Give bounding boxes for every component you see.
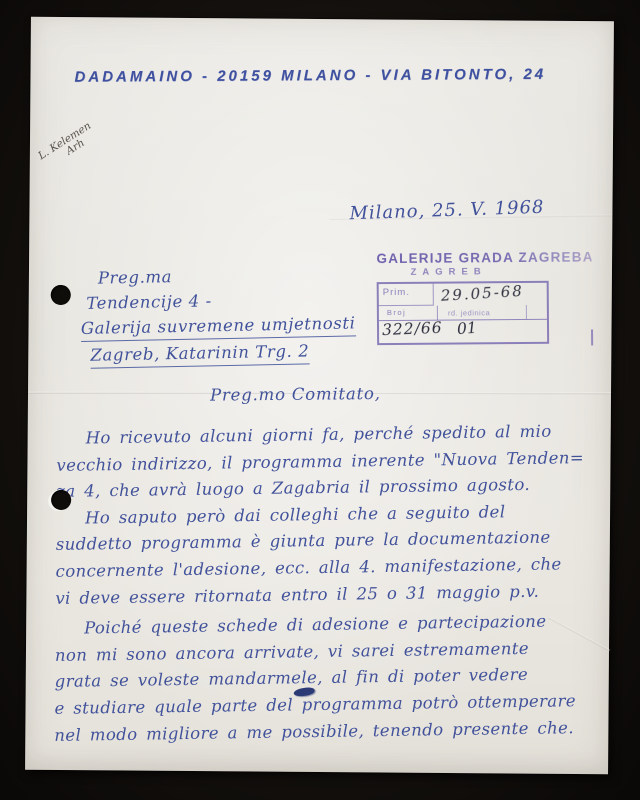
punch-hole-top [51,285,71,305]
stamp-row-received: Prim. 29.05-68 [379,283,547,306]
stamp-number-label: Broj [379,306,438,320]
stamp-frame-mark [591,329,593,345]
recipient-address-block: Preg.ma Tendencije 4 - Galerija suvremen… [80,260,357,368]
stamp-number-value: 322/66 [382,319,443,340]
punch-hole-bottom [51,490,71,510]
letter-body: Ho ricevuto alcuni giorni fa, perché spe… [54,426,605,753]
stamp-unit-value: 01 [456,319,477,338]
scanned-letter-page: { "scan": { "background_color": "#171310… [0,0,640,800]
stamp-received-label: Prim. [379,284,434,306]
stamp-table: Prim. 29.05-68 Broj rd. jedinica 322/66 … [377,281,549,345]
recipient-line-4: Zagreb, Katarinin Trg. 2 [90,340,309,368]
stamp-unit-label: rd. jedinica [438,305,527,320]
letter-paper: DADAMAINO - 20159 MILANO - VIA BITONTO, … [25,17,614,775]
dateline: Milano, 25. V. 1968 [349,197,545,225]
receipt-stamp: GALERIJE GRADA ZAGREBA ZAGREB Prim. 29.0… [376,249,592,345]
stamp-city: ZAGREB [411,265,592,277]
salutation: Preg.mo Comitato, [210,384,381,405]
stamp-row-values: 322/66 01 [379,320,547,343]
sender-address-header: DADAMAINO - 20159 MILANO - VIA BITONTO, … [74,66,594,86]
archive-pencil-note: L. Kelemen Arh [37,121,99,172]
stamp-title: GALERIJE GRADA ZAGREBA [376,249,591,266]
stamp-received-date: 29.05-68 [440,282,524,305]
